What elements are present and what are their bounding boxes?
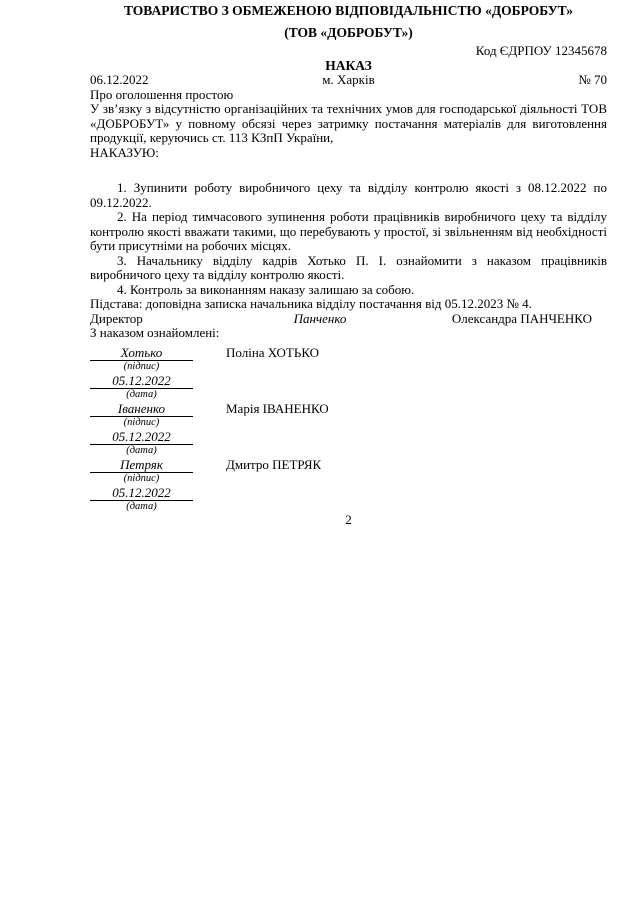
order-item-2: 2. На період тимчасового зупинення робот… — [90, 210, 607, 254]
order-date: 06.12.2022 — [90, 73, 322, 88]
order-item-3: 3. Начальнику відділу кадрів Хотько П. І… — [90, 254, 607, 283]
order-subject: Про оголошення простою — [90, 88, 607, 103]
signature-caption: (підпис) — [90, 361, 193, 373]
director-position: Директор — [90, 312, 143, 327]
signer-3-date: 05.12.2022 — [90, 485, 193, 501]
order-preamble: У зв’язку з відсутністю організаційних т… — [90, 102, 607, 146]
signer-block-1: Хотько (підпис) 05.12.2022 (дата) Поліна… — [90, 345, 607, 401]
order-city: м. Харків — [322, 73, 374, 88]
page-number: 2 — [90, 513, 607, 528]
order-meta-row: 06.12.2022 м. Харків № 70 — [90, 73, 607, 88]
signer-1-name: Поліна ХОТЬКО — [226, 345, 319, 360]
date-caption: (дата) — [90, 389, 193, 401]
signer-1-date: 05.12.2022 — [90, 373, 193, 389]
signer-2-date: 05.12.2022 — [90, 429, 193, 445]
order-title: НАКАЗ — [90, 59, 607, 74]
signer-2-signature: Іваненко — [90, 401, 193, 417]
director-signature: Панченко — [294, 312, 347, 327]
signer-3-signature: Петряк — [90, 457, 193, 473]
basis-line: Підстава: доповідна записка начальника в… — [90, 297, 607, 312]
company-short-name: (ТОВ «ДОБРОБУТ») — [90, 22, 607, 44]
signer-2-name: Марія ІВАНЕНКО — [226, 401, 329, 416]
date-caption: (дата) — [90, 445, 193, 457]
director-name: Олександра ПАНЧЕНКО — [452, 312, 607, 327]
signer-2-signature-column: Іваненко (підпис) 05.12.2022 (дата) — [90, 401, 193, 457]
document-page: ТОВАРИСТВО З ОБМЕЖЕНОЮ ВІДПОВІДАЛЬНІСТЮ … — [0, 0, 640, 905]
company-header: ТОВАРИСТВО З ОБМЕЖЕНОЮ ВІДПОВІДАЛЬНІСТЮ … — [90, 0, 607, 44]
date-caption: (дата) — [90, 501, 193, 513]
signer-1-signature-column: Хотько (підпис) 05.12.2022 (дата) — [90, 345, 193, 401]
signer-block-2: Іваненко (підпис) 05.12.2022 (дата) Марі… — [90, 401, 607, 457]
company-name: ТОВАРИСТВО З ОБМЕЖЕНОЮ ВІДПОВІДАЛЬНІСТЮ … — [90, 0, 607, 22]
signature-caption: (підпис) — [90, 473, 193, 485]
signer-3-name: Дмитро ПЕТРЯК — [226, 457, 321, 472]
resolve-label: НАКАЗУЮ: — [90, 146, 607, 161]
signer-block-3: Петряк (підпис) 05.12.2022 (дата) Дмитро… — [90, 457, 607, 513]
order-item-4: 4. Контроль за виконанням наказу залишаю… — [90, 283, 607, 298]
order-number: № 70 — [375, 73, 607, 88]
director-signing-row: Директор Панченко Олександра ПАНЧЕНКО — [90, 312, 607, 327]
signer-3-signature-column: Петряк (підпис) 05.12.2022 (дата) — [90, 457, 193, 513]
edrpou-code: Код ЄДРПОУ 12345678 — [90, 44, 607, 59]
order-item-1: 1. Зупинити роботу виробничого цеху та в… — [90, 181, 607, 210]
acknowledgment-heading: З наказом ознайомлені: — [90, 326, 607, 341]
signature-caption: (підпис) — [90, 417, 193, 429]
signer-1-signature: Хотько — [90, 345, 193, 361]
